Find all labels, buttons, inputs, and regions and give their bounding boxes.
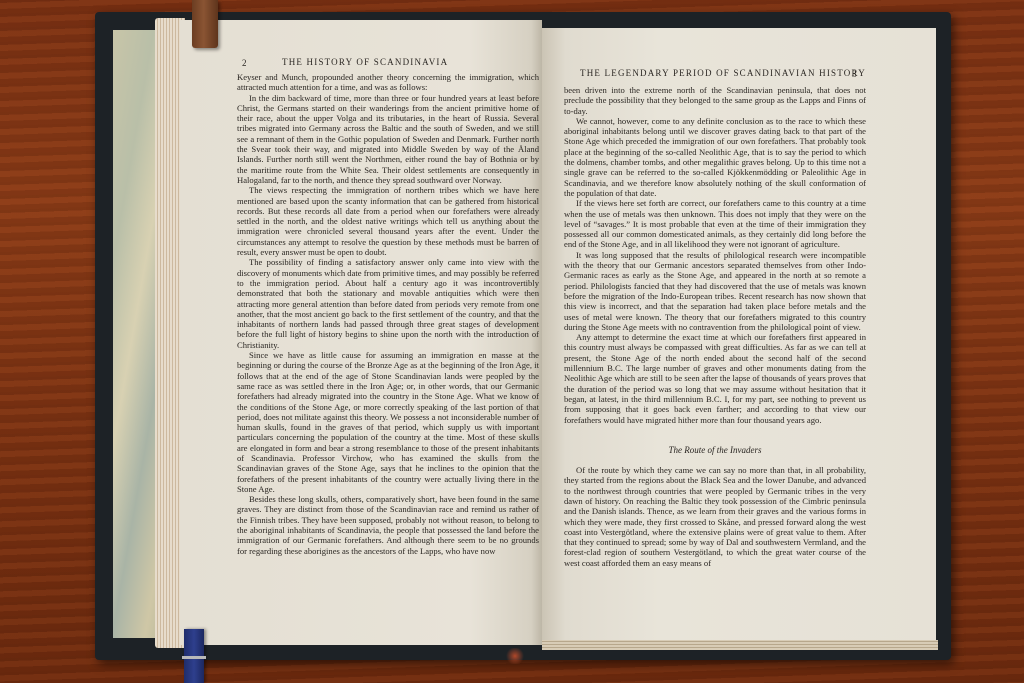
paragraph: The possibility of finding a satisfactor… bbox=[237, 257, 539, 350]
running-head: THE HISTORY OF SCANDINAVIA bbox=[282, 57, 448, 67]
paragraph: It was long supposed that the results of… bbox=[564, 250, 866, 332]
page-number: 2 bbox=[242, 58, 247, 68]
running-head: THE LEGENDARY PERIOD OF SCANDINAVIAN HIS… bbox=[580, 68, 866, 78]
page-number: 3 bbox=[852, 69, 857, 79]
paragraph: Any attempt to determine the exact time … bbox=[564, 332, 866, 425]
paragraph: The views respecting the immigration of … bbox=[237, 185, 539, 257]
paragraph: In the dim backward of time, more than t… bbox=[237, 93, 539, 186]
left-page: 2 THE HISTORY OF SCANDINAVIA Keyser and … bbox=[180, 20, 542, 645]
page-stack-bottom-edge bbox=[542, 640, 938, 650]
paragraph: Since we have as little cause for assumi… bbox=[237, 350, 539, 494]
wooden-clothespin bbox=[192, 0, 218, 48]
paragraph: If the views here set forth are correct,… bbox=[564, 198, 866, 249]
left-page-body: Keyser and Munch, propounded another the… bbox=[237, 72, 539, 556]
spine-debris bbox=[505, 648, 525, 664]
right-page: THE LEGENDARY PERIOD OF SCANDINAVIAN HIS… bbox=[542, 28, 936, 646]
section-title: The Route of the Invaders bbox=[564, 445, 866, 455]
paragraph: Keyser and Munch, propounded another the… bbox=[237, 72, 539, 93]
paragraph: Of the route by which they came we can s… bbox=[564, 465, 866, 568]
paragraph: Besides these long skulls, others, compa… bbox=[237, 494, 539, 556]
paragraph: We cannot, however, come to any definite… bbox=[564, 116, 866, 198]
clothespin-spring bbox=[182, 656, 206, 659]
paragraph: been driven into the extreme north of th… bbox=[564, 85, 866, 116]
right-page-body: been driven into the extreme north of th… bbox=[564, 85, 866, 568]
